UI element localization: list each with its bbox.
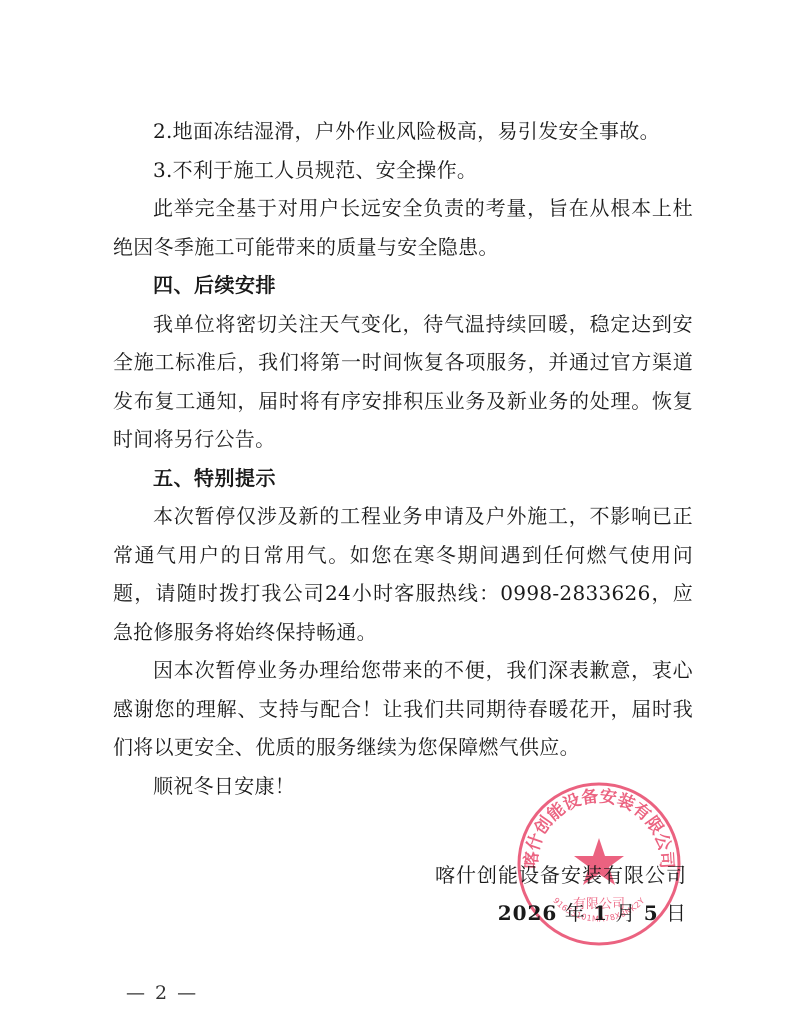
date-year: 2026: [498, 901, 558, 925]
date-month-unit: 月: [615, 901, 636, 925]
document-body: 2.地面冻结湿滑，户外作业风险极高，易引发安全事故。 3.不利于施工人员规范、安…: [113, 112, 693, 805]
paragraph-special-notice: 本次暂停仅涉及新的工程业务申请及户外施工，不影响已正常通气用户的日常用气。如您在…: [113, 497, 693, 651]
date-month: 1: [593, 901, 608, 925]
paragraph-apology: 因本次暂停业务办理给您带来的不便，我们深表歉意，衷心感谢您的理解、支持与配合！让…: [113, 651, 693, 767]
document-page: 2.地面冻结湿滑，户外作业风险极高，易引发安全事故。 3.不利于施工人员规范、安…: [0, 0, 800, 1015]
section-heading-special-notice: 五、特别提示: [113, 459, 693, 498]
date-day: 5: [644, 901, 659, 925]
signature-company: 喀什创能设备安装有限公司: [435, 862, 687, 888]
section-heading-follow-up: 四、后续安排: [113, 266, 693, 305]
paragraph-safety-rationale: 此举完全基于对用户长远安全负责的考量，旨在从根本上杜绝因冬季施工可能带来的质量与…: [113, 189, 693, 266]
page-number: — 2 —: [126, 982, 198, 1004]
date-day-unit: 日: [666, 901, 687, 925]
paragraph-follow-up: 我单位将密切关注天气变化，待气温持续回暖，稳定达到安全施工标准后，我们将第一时间…: [113, 305, 693, 459]
list-item-3: 3.不利于施工人员规范、安全操作。: [113, 151, 693, 190]
list-item-2: 2.地面冻结湿滑，户外作业风险极高，易引发安全事故。: [113, 112, 693, 151]
document-date: 2026 年 1 月 5 日: [498, 900, 687, 926]
date-year-unit: 年: [565, 901, 586, 925]
